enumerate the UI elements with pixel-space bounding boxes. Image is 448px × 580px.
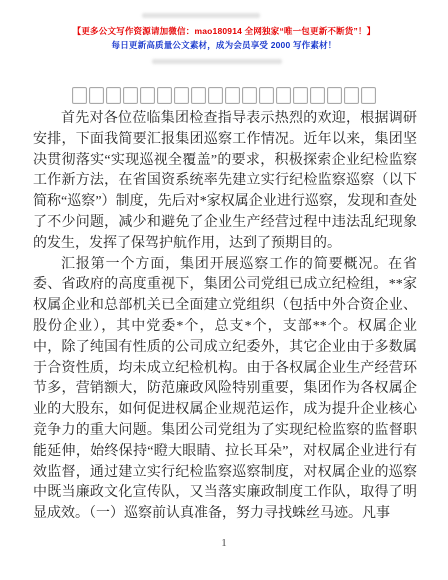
missing-glyph-box	[310, 87, 325, 104]
faded-watermark-artifact	[142, 13, 260, 18]
missing-glyph-box	[123, 87, 138, 104]
paragraph: 首先对各位莅临集团检查指导表示热烈的欢迎，根据调研安排，下面我简要汇报集团巡察工…	[33, 109, 417, 255]
missing-glyph-box	[191, 87, 206, 104]
missing-glyph-box	[361, 87, 376, 104]
document-page: 【更多公文写作资源请加微信：mao180914 全网独家“唯一包更新不断货”！】…	[0, 0, 448, 580]
missing-glyph-box	[225, 87, 240, 104]
title-placeholder-row	[0, 87, 448, 104]
missing-glyph-box	[174, 87, 189, 104]
missing-glyph-box	[242, 87, 257, 104]
promo-banner-line1: 【更多公文写作资源请加微信：mao180914 全网独家“唯一包更新不断货”！】	[0, 25, 448, 37]
missing-glyph-box	[293, 87, 308, 104]
paragraph: 汇报第一个方面，集团开展巡察工作的简要概况。在省委、省政府的高度重视下，集团公司…	[33, 255, 417, 525]
missing-glyph-box	[344, 87, 359, 104]
missing-glyph-box	[276, 87, 291, 104]
missing-glyph-box	[89, 87, 104, 104]
missing-glyph-box	[72, 87, 87, 104]
promo-banner-line2: 每日更新高质量公文素材，成为会员享受 2000 写作素材！	[0, 39, 448, 51]
missing-glyph-box	[208, 87, 223, 104]
faded-watermark-artifact	[152, 59, 282, 64]
document-body: 首先对各位莅临集团检查指导表示热烈的欢迎，根据调研安排，下面我简要汇报集团巡察工…	[33, 109, 417, 525]
missing-glyph-box	[157, 87, 172, 104]
page-number: 1	[0, 537, 448, 549]
missing-glyph-box	[106, 87, 121, 104]
missing-glyph-box	[327, 87, 342, 104]
missing-glyph-box	[259, 87, 274, 104]
missing-glyph-box	[140, 87, 155, 104]
